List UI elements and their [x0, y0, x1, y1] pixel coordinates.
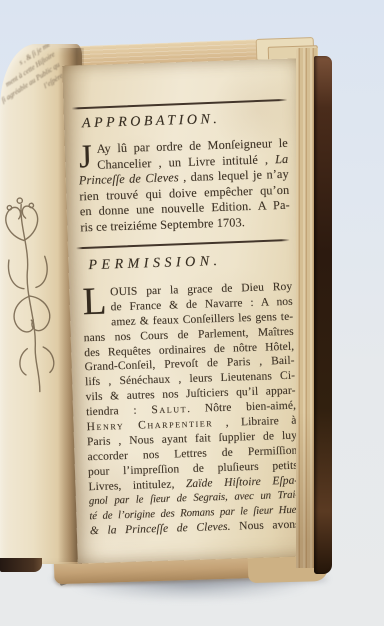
section-rule — [72, 99, 288, 110]
text-segment: , dans lequel je n’ay — [179, 167, 289, 184]
text-segment: La — [275, 151, 289, 165]
permission-paragraph: L OUIS par la grace de Dieu Royde France… — [82, 280, 300, 540]
text-segment: Princeſſe de Cleves — [79, 170, 179, 187]
text-segment: tiendra : — [86, 404, 152, 418]
right-recto-page: APPROBATION. J Ay lû par ordre de Monſei… — [62, 58, 314, 563]
permission-lines: OUIS par la grace de Dieu Royde France &… — [82, 280, 300, 540]
approbation-heading: APPROBATION. — [64, 109, 314, 133]
text-segment: Zaïde Hiſtoire Eſpa- — [186, 474, 299, 490]
text-segment: & la Princeſſe de Cleves. — [90, 521, 231, 537]
drop-cap-j: J — [78, 142, 98, 172]
leather-spine — [314, 56, 332, 574]
text-segment: , Libraire à — [213, 415, 297, 430]
drop-cap-l: L — [82, 285, 111, 316]
text-segment: Livres, intitulez, — [88, 478, 186, 493]
permission-heading: PERMISSION. — [68, 251, 313, 275]
book-photograph: s , & ſi je mement à cette Hiſtoireſi ag… — [0, 0, 384, 626]
cover-board-sliver — [0, 558, 42, 572]
text-segment: Nous avons — [230, 519, 300, 533]
text-segment: . Nôtre bien-aimé, — [187, 400, 296, 415]
approbation-paragraph: J Ay lû par ordre de Monſeigneur leChanc… — [78, 136, 291, 236]
approbation-lines: Ay lû par ordre de Monſeigneur leChancel… — [78, 136, 291, 236]
text-segment: Salut — [151, 403, 187, 416]
section-rule — [76, 239, 290, 249]
